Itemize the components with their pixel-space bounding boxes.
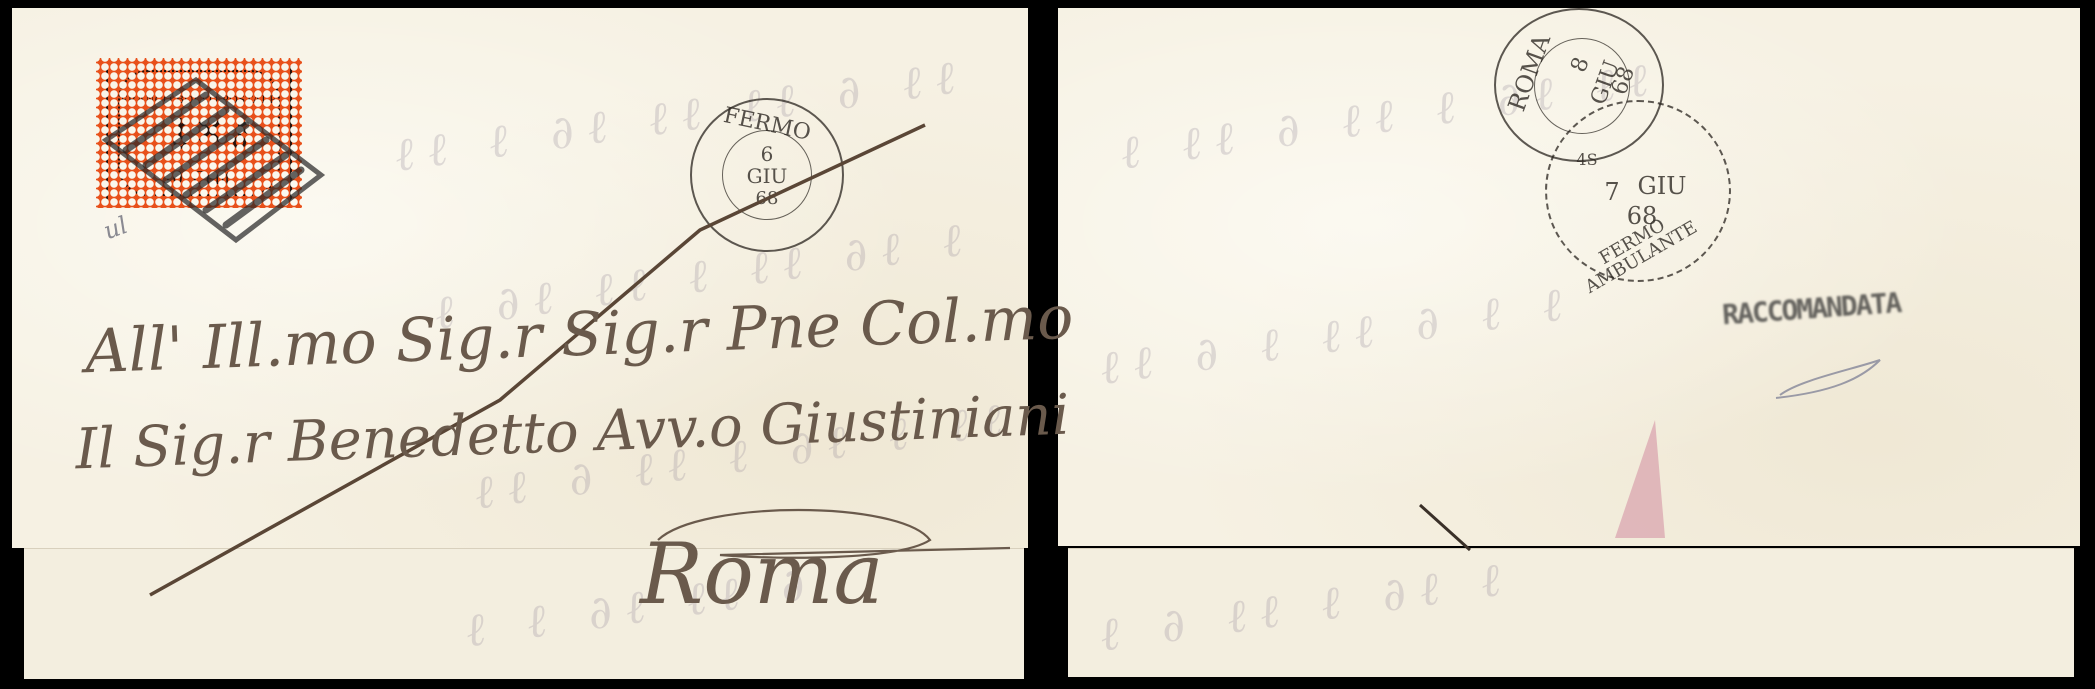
postmark-month: GIU [1627,174,1697,198]
address-line-3: Roma [640,525,884,623]
postmark-year: 68 [1617,204,1667,228]
wax-seal-remnant [1615,420,1665,538]
postmark-day: 7 [1597,180,1627,204]
postmark-ambulante: FERMO AMBULANTE 4S 7 GIU 68 [1545,100,1731,282]
postmark-hour: 4S [1567,152,1607,168]
